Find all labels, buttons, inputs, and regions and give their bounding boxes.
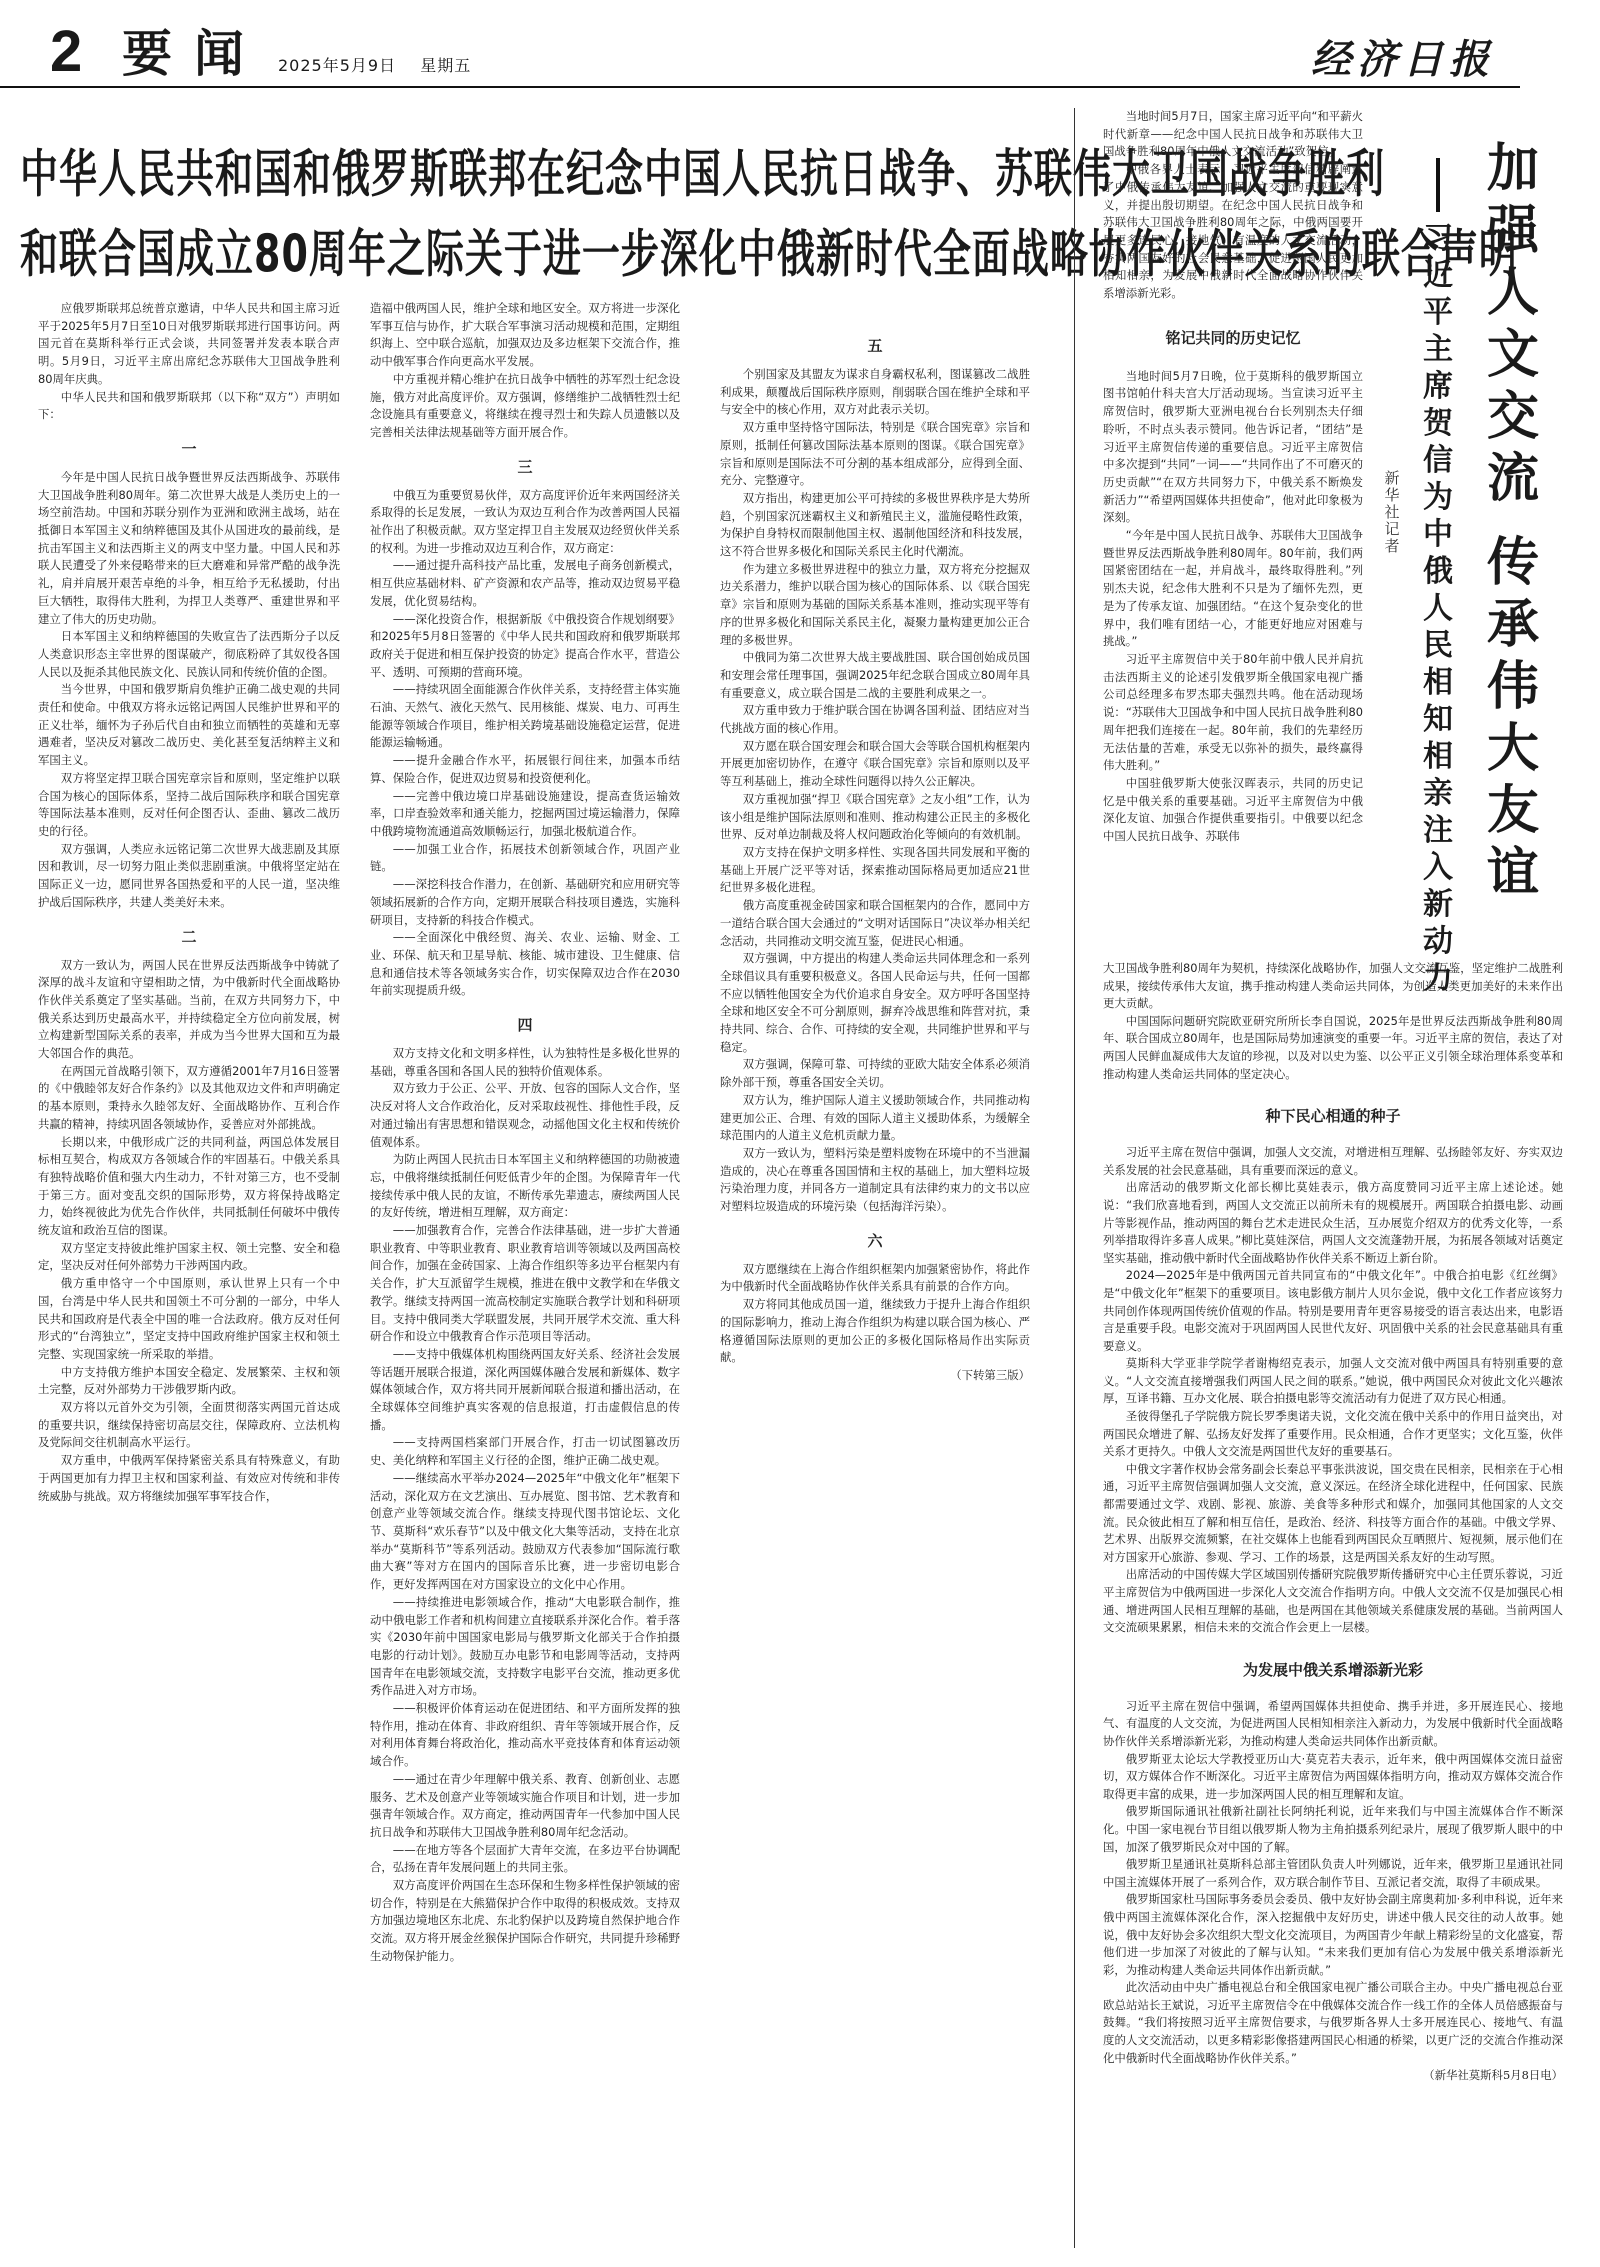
- side-article-subtitle: 习近平主席贺信为中俄人民相知相亲注入新动力: [1420, 158, 1456, 997]
- subhead-history: 铭记共同的历史记忆: [1103, 327, 1363, 348]
- paragraph: 在两国元首战略引领下，双方遵循2001年7月16日签署的《中俄睦邻友好合作条约》…: [38, 1063, 340, 1134]
- paragraph: 俄罗斯卫星通讯社莫斯科总部主管团队负责人叶列娜说，近年来，俄罗斯卫星通讯社同中国…: [1103, 1856, 1563, 1891]
- paragraph: 双方致力于公正、公平、开放、包容的国际人文合作，坚决反对将人文合作政治化，反对采…: [370, 1080, 680, 1151]
- section-number-three: 三: [370, 456, 680, 477]
- section-name: 要闻: [122, 26, 266, 82]
- paragraph: ——支持两国档案部门开展合作，打击一切试图篡改历史、美化纳粹和军国主义行径的企图…: [370, 1434, 680, 1469]
- paragraph: ——持续巩固全面能源合作伙伴关系，支持经营主体实施石油、天然气、液化天然气、民用…: [370, 681, 680, 752]
- title-char: 交: [1483, 386, 1543, 448]
- paragraph: 作为建立多极世界进程中的独立力量，双方将充分挖掘双边关系潜力，维护以联合国为核心…: [720, 561, 1030, 650]
- paragraph: 双方一致认为，塑料污染是塑料废物在环境中的不当泄漏造成的，决心在尊重各国国情和主…: [720, 1145, 1030, 1216]
- paragraph: 莫斯科大学亚非学院学者谢梅绍克表示，加强人文交流对俄中两国具有特别重要的意义。“…: [1103, 1355, 1563, 1408]
- paragraph: 为防止两国人民抗击日本军国主义和纳粹德国的功勋被遗忘，中俄将继续抵制任何贬低青少…: [370, 1151, 680, 1222]
- paragraph: 中方支持俄方维护本国安全稳定、发展繁荣、主权和领土完整，反对外部势力干涉俄罗斯内…: [38, 1364, 340, 1399]
- paragraph: ——通过在青少年理解中俄关系、教育、创新创业、志愿服务、艺术及创意产业等领域实施…: [370, 1771, 680, 1842]
- side-article-title: 加 强 人 文 交 流 传 承 伟 大 友 谊: [1483, 138, 1543, 904]
- paragraph: ——深挖科技合作潜力，在创新、基础研究和应用研究等领域拓展新的合作方向，定期开展…: [370, 876, 680, 929]
- paragraph: 双方支持在保护文明多样性、实现各国共同发展和平衡的基础上开展广泛平等对话，探索推…: [720, 844, 1030, 897]
- article-column-1: 应俄罗斯联邦总统普京邀请，中华人民共和国主席习近平于2025年5月7日至10日对…: [38, 300, 340, 1505]
- paragraph: 个别国家及其盟友为谋求自身霸权私利，图谋篡改二战胜利成果，颠覆战后国际秩序原则，…: [720, 366, 1030, 419]
- paragraph: 俄罗斯国际通讯社俄新社副社长阿纳托利说，近年来我们与中国主流媒体合作不断深化。中…: [1103, 1803, 1563, 1856]
- paragraph: 俄罗斯国家杜马国际事务委员会委员、俄中友好协会副主席奥莉加·多利申科说，近年来俄…: [1103, 1891, 1563, 1979]
- paragraph: 双方将以元首外交为引领，全面贯彻落实两国元首达成的重要共识，继续保持密切高层交往…: [38, 1399, 340, 1452]
- section-number-one: 一: [38, 438, 340, 459]
- section-number-five: 五: [720, 335, 1030, 356]
- paragraph: 此次活动由中央广播电视总台和全俄国家电视广播公司联合主办。中央广播电视总台亚欧总…: [1103, 1979, 1563, 2067]
- paragraph: 俄方高度重视金砖国家和联合国框架内的合作，愿同中方一道结合联合国大会通过的“文明…: [720, 897, 1030, 950]
- paragraph: 造福中俄两国人民，维护全球和地区安全。双方将进一步深化军事互信与协作，扩大联合军…: [370, 300, 680, 371]
- newspaper-logo: 经济日报: [1311, 28, 1495, 85]
- paragraph: 双方将坚定捍卫联合国宪章宗旨和原则，坚定维护以联合国为核心的国际体系，坚持二战后…: [38, 770, 340, 841]
- title-char: 强: [1483, 200, 1543, 262]
- title-char: 谊: [1483, 842, 1543, 904]
- paragraph: 双方愿继续在上海合作组织框架内加强紧密协作，将此作为中俄新时代全面战略协作伙伴关…: [720, 1261, 1030, 1296]
- title-char: 流: [1483, 448, 1543, 510]
- section-number-four: 四: [370, 1014, 680, 1035]
- paragraph: 中俄文字著作权协会常务副会长秦总平事张洪波说，国交贵在民相亲，民相亲在于心相通，…: [1103, 1461, 1563, 1567]
- paragraph: 日本军国主义和纳粹德国的失败宣告了法西斯分子以反人类意识形态主宰世界的图谋破产，…: [38, 628, 340, 681]
- headline-line-1: 中华人民共和国和俄罗斯联邦在纪念中国人民抗日战争、苏联伟大卫国战争胜利: [20, 135, 1050, 213]
- paragraph: 应俄罗斯联邦总统普京邀请，中华人民共和国主席习近平于2025年5月7日至10日对…: [38, 300, 340, 389]
- paragraph: ——通过提升高科技产品比重，发展电子商务创新模式，相互供应基础材料、矿产资源和农…: [370, 557, 680, 610]
- subtitle-text: 习近平主席贺信为中俄人民相知相亲注入新动力: [1423, 221, 1453, 996]
- paragraph: 大卫国战争胜利80周年为契机，持续深化战略协作，加强人文交流互鉴，坚定维护二战胜…: [1103, 960, 1563, 1013]
- paragraph: 双方愿在联合国安理会和联合国大会等联合国机构框架内开展更加密切协作，在遵守《联合…: [720, 738, 1030, 791]
- article-column-3: 五 个别国家及其盟友为谋求自身霸权私利，图谋篡改二战胜利成果，颠覆战后国际秩序原…: [720, 335, 1030, 1385]
- paragraph: ——深化投资合作，根据新版《中俄投资合作规划纲要》和2025年5月8日签署的《中…: [370, 611, 680, 682]
- paragraph: 中俄同为第二次世界大战主要战胜国、联合国创始成员国和安理会常任理事国，强调202…: [720, 649, 1030, 702]
- paragraph: 双方重视加强“捍卫《联合国宪章》之友小组”工作，认为该小组是维护国际法原则和准则…: [720, 791, 1030, 844]
- masthead: 2 要闻 2025年5月9日 星期五 经济日报: [0, 0, 1600, 88]
- main-headline: 中华人民共和国和俄罗斯联邦在纪念中国人民抗日战争、苏联伟大卫国战争胜利 和联合国…: [20, 135, 1050, 273]
- dateline: （新华社莫斯科5月8日电）: [1103, 2067, 1563, 2085]
- paragraph: ——全面深化中俄经贸、海关、农业、运输、财金、工业、环保、航天和卫星导航、核能、…: [370, 929, 680, 1000]
- issue-weekday: 星期五: [420, 56, 471, 75]
- paragraph: 出席活动的俄罗斯文化部长柳比莫娃表示，俄方高度赞同习近平主席上述论述。她说：“我…: [1103, 1179, 1563, 1267]
- paragraph: 当今世界，中国和俄罗斯肩负维护正确二战史观的共同责任和使命。中俄双方将永远铭记两…: [38, 681, 340, 770]
- title-char: 人: [1483, 262, 1543, 324]
- paragraph: 俄罗斯亚太论坛大学教授亚历山大·莫克若夫表示，近年来，俄中两国媒体交流日益密切，…: [1103, 1751, 1563, 1804]
- section-number-six: 六: [720, 1230, 1030, 1251]
- column-divider: [1074, 108, 1075, 2248]
- paragraph: 双方强调，保障可靠、可持续的亚欧大陆安全体系必须消除外部干预，尊重各国安全关切。: [720, 1056, 1030, 1091]
- subhead-new-luster: 为发展中俄关系增添新光彩: [1103, 1659, 1563, 1680]
- paragraph: 当地时间5月7日晚，位于莫斯科的俄罗斯国立图书馆帕什科夫宫大厅活动现场。当宣读习…: [1103, 368, 1363, 527]
- section-number-two: 二: [38, 926, 340, 947]
- paragraph: 圣彼得堡孔子学院俄方院长罗季奥诺夫说，文化交流在俄中关系中的作用日益突出，对两国…: [1103, 1408, 1563, 1461]
- paragraph: ——在地方等各个层面扩大青年交流，在多边平台协调配合，弘扬在青年发展问题上的共同…: [370, 1842, 680, 1877]
- title-char: 友: [1483, 780, 1543, 842]
- paragraph: 双方指出，构建更加公平可持续的多极世界秩序是大势所趋，个别国家沉迷霸权主义和新殖…: [720, 490, 1030, 561]
- paragraph: 俄方重申恪守一个中国原则，承认世界上只有一个中国，台湾是中华人民共和国领土不可分…: [38, 1275, 340, 1364]
- paragraph: 双方认为，维护国际人道主义援助领域合作，共同推动构建更加公正、合理、有效的国际人…: [720, 1092, 1030, 1145]
- subhead-seeds: 种下民心相通的种子: [1103, 1105, 1563, 1126]
- paragraph: 出席活动的中国传媒大学区域国别传播研究院俄罗斯传播研究中心主任贾乐蓉说，习近平主…: [1103, 1566, 1563, 1636]
- title-char: 加: [1483, 138, 1543, 200]
- paragraph: 双方将同其他成员国一道，继续致力于提升上海合作组织的国际影响力，推动上海合作组织…: [720, 1296, 1030, 1367]
- paragraph: 长期以来，中俄形成广泛的共同利益，两国总体发展目标相互契合，构成双方各领域合作的…: [38, 1134, 340, 1240]
- title-char: 文: [1483, 324, 1543, 386]
- paragraph: 中俄各界人士表示，习近平主席贺信精辟阐述了中俄传承伟大友谊、加强人文交流的重要现…: [1103, 161, 1363, 303]
- paragraph: 双方坚定支持彼此维护国家主权、领土完整、安全和稳定，坚决反对任何外部势力干涉两国…: [38, 1240, 340, 1275]
- paragraph: 中国驻俄罗斯大使张汉晖表示，共同的历史记忆是中俄关系的重要基础。习近平主席贺信为…: [1103, 775, 1363, 846]
- paragraph: ——加强教育合作，完善合作法律基础，进一步扩大普通职业教育、中等职业教育、职业教…: [370, 1222, 680, 1346]
- paragraph: 双方重申坚持恪守国际法，特别是《联合国宪章》宗旨和原则，抵制任何篡改国际法基本原…: [720, 419, 1030, 490]
- paragraph: 习近平主席贺信中关于80年前中俄人民并肩抗击法西斯主义的论述引发俄罗斯全俄国家电…: [1103, 651, 1363, 775]
- date-line: 2025年5月9日 星期五: [278, 53, 489, 76]
- paragraph: 中国国际问题研究院欧亚研究所所长李自国说，2025年是世界反法西斯战争胜利80周…: [1103, 1013, 1563, 1083]
- paragraph: ——继续高水平举办2024—2025年“中俄文化年”框架下活动，深化双方在文艺演…: [370, 1470, 680, 1594]
- paragraph: 双方重申，中俄两军保持紧密关系具有特殊意义，有助于两国更加有力捍卫主权和国家利益…: [38, 1452, 340, 1505]
- paragraph: ——提升金融合作水平，拓展银行间往来，加强本币结算、保险合作，促进双边贸易和投资…: [370, 752, 680, 787]
- paragraph: 中华人民共和国和俄罗斯联邦（以下称“双方”）声明如下：: [38, 389, 340, 424]
- em-dash: [1436, 158, 1440, 212]
- title-char: 伟: [1483, 656, 1543, 718]
- paragraph: 双方重申致力于维护联合国在协调各国利益、团结应对当代挑战方面的核心作用。: [720, 702, 1030, 737]
- paragraph: 习近平主席在贺信中强调，希望两国媒体共担使命、携手并进，多开展连民心、接地气、有…: [1103, 1698, 1563, 1751]
- paragraph: 双方支持文化和文明多样性，认为独特性是多极化世界的基础，尊重各国和各国人民的独特…: [370, 1045, 680, 1080]
- title-char: 大: [1483, 718, 1543, 780]
- paragraph: 双方强调，中方提出的构建人类命运共同体理念和一系列全球倡议具有重要积极意义。各国…: [720, 950, 1030, 1056]
- byline: 新华社记者: [1382, 470, 1402, 555]
- paragraph: “今年是中国人民抗日战争、苏联伟大卫国战争暨世界反法西斯战争胜利80周年。80年…: [1103, 527, 1363, 651]
- side-article-body: 当地时间5月7日，国家主席习近平向“和平薪火 时代新章——纪念中国人民抗日战争和…: [1103, 108, 1363, 846]
- paragraph: ——积极评价体育运动在促进团结、和平方面所发挥的独特作用，推动在体育、非政府组织…: [370, 1700, 680, 1771]
- paragraph: 双方一致认为，两国人民在世界反法西斯战争中铸就了深厚的战斗友谊和守望相助之情，为…: [38, 957, 340, 1063]
- paragraph: 2024—2025年是中俄两国元首共同宣布的“中俄文化年”。中俄合拍电影《红丝绸…: [1103, 1267, 1563, 1355]
- issue-date: 2025年5月9日: [278, 56, 396, 75]
- paragraph: 中俄互为重要贸易伙伴，双方高度评价近年来两国经济关系取得的长足发展，一致认为双边…: [370, 487, 680, 558]
- headline-line-2: 和联合国成立80周年之际关于进一步深化中俄新时代全面战略协作伙伴关系的联合声明: [20, 215, 1050, 293]
- paragraph: ——加强工业合作，拓展技术创新领域合作，巩固产业链。: [370, 841, 680, 876]
- paragraph: 今年是中国人民抗日战争暨世界反法西斯战争、苏联伟大卫国战争胜利80周年。第二次世…: [38, 469, 340, 628]
- paragraph: 习近平主席在贺信中强调，加强人文交流，对增进相互理解、弘扬睦邻友好、夯实双边关系…: [1103, 1144, 1563, 1179]
- side-article-body-wide: 大卫国战争胜利80周年为契机，持续深化战略协作，加强人文交流互鉴，坚定维护二战胜…: [1103, 960, 1563, 2085]
- paragraph: ——持续推进电影领域合作，推动“大电影联合制作，推动中俄电影工作者和机构间建立直…: [370, 1594, 680, 1700]
- title-char: 承: [1483, 594, 1543, 656]
- continued-note[interactable]: （下转第三版）: [950, 1367, 1030, 1385]
- article-column-2: 造福中俄两国人民，维护全球和地区安全。双方将进一步深化军事互信与协作，扩大联合军…: [370, 300, 680, 1966]
- page-number: 2: [50, 22, 82, 82]
- paragraph: 中方重视并精心维护在抗日战争中牺牲的苏军烈士纪念设施，俄方对此高度评价。双方强调…: [370, 371, 680, 442]
- paragraph: 双方高度评价两国在生态环保和生物多样性保护领域的密切合作，特别是在大熊猫保护合作…: [370, 1877, 680, 1966]
- title-char: 传: [1483, 532, 1543, 594]
- masthead-rule: [0, 86, 1520, 88]
- paragraph: ——支持中俄媒体机构围绕两国友好关系、经济社会发展等话题开展联合报道，深化两国媒…: [370, 1346, 680, 1435]
- paragraph: ——完善中俄边境口岸基础设施建设，提高查货运输效率，口岸查验效率和通关能力，挖掘…: [370, 788, 680, 841]
- paragraph: 双方强调，人类应永远铭记第二次世界大战悲剧及其原因和教训，尽一切努力阻止类似悲剧…: [38, 841, 340, 912]
- paragraph: 当地时间5月7日，国家主席习近平向“和平薪火 时代新章——纪念中国人民抗日战争和…: [1103, 108, 1363, 161]
